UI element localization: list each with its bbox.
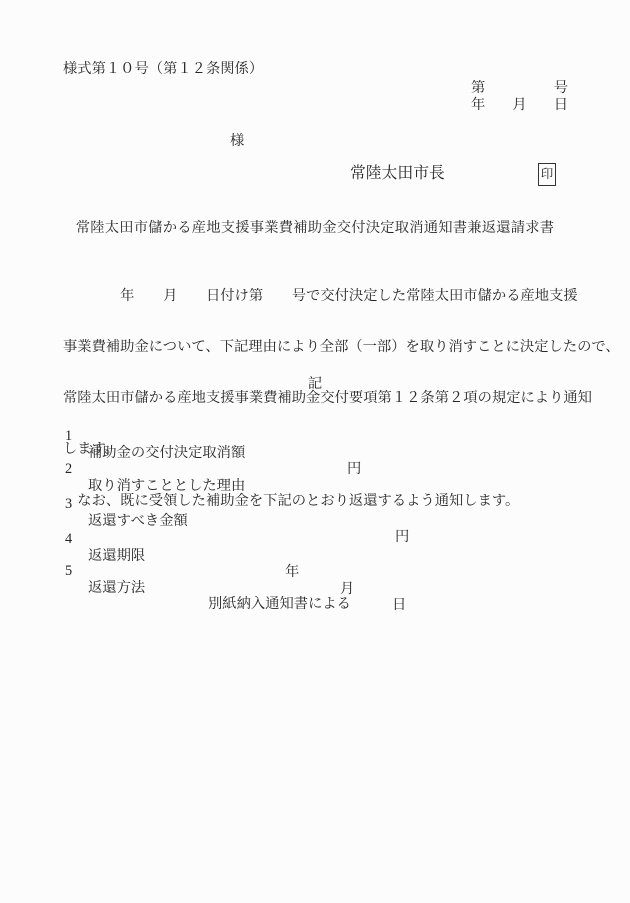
item-label: 返還方法 xyxy=(88,580,145,596)
item-value: 別紙納入通知書による xyxy=(208,596,351,612)
item-row-cancellation-amount: 1 補助金の交付決定取消額 円 xyxy=(0,412,630,432)
seal-box: 印 xyxy=(538,163,556,186)
doc-number-suffix: 号 xyxy=(554,80,568,96)
issue-date-month: 月 xyxy=(512,97,526,113)
issue-date-year: 年 xyxy=(471,97,485,113)
record-heading: 記 xyxy=(0,376,630,392)
document-number-line: 第 号 xyxy=(471,80,568,96)
item-row-refund-method: 5 返還方法 別紙納入通知書による xyxy=(0,547,630,567)
form-number: 様式第１０号（第１２条関係） xyxy=(63,61,263,77)
deadline-day: 日 xyxy=(392,597,406,613)
document-page: 様式第１０号（第１２条関係） 第 号 年 月 日 様 常陸太田市長 印 常陸太田… xyxy=(0,0,630,903)
item-number: 2 xyxy=(65,461,72,477)
issue-date-line: 年 月 日 xyxy=(471,97,568,113)
seal-label: 印 xyxy=(541,167,554,181)
document-title: 常陸太田市儲かる産地支援事業費補助金交付決定取消通知書兼返還請求書 xyxy=(0,220,630,236)
issuer-title: 常陸太田市長 xyxy=(350,165,445,183)
item-number: 5 xyxy=(65,563,72,579)
item-row-cancellation-reason: 2 取り消すこととした理由 xyxy=(0,445,630,465)
item-number: 4 xyxy=(65,531,72,547)
issue-date-day: 日 xyxy=(554,97,568,113)
item-number: 3 xyxy=(65,496,72,512)
item-row-refund-amount: 3 返還すべき金額 円 xyxy=(0,480,630,500)
recipient-honorific: 様 xyxy=(230,133,244,149)
doc-number-prefix: 第 xyxy=(471,80,485,96)
body-line: 年 月 日付け第 号で交付決定した常陸太田市儲かる産地支援 xyxy=(63,287,583,305)
item-row-refund-deadline: 4 返還期限 年 月 日 xyxy=(0,515,630,535)
deadline-month: 月 xyxy=(340,581,354,597)
item-number: 1 xyxy=(65,428,72,444)
body-line: 事業費補助金について、下記理由により全部（一部）を取り消すことに決定したので、 xyxy=(63,338,583,356)
